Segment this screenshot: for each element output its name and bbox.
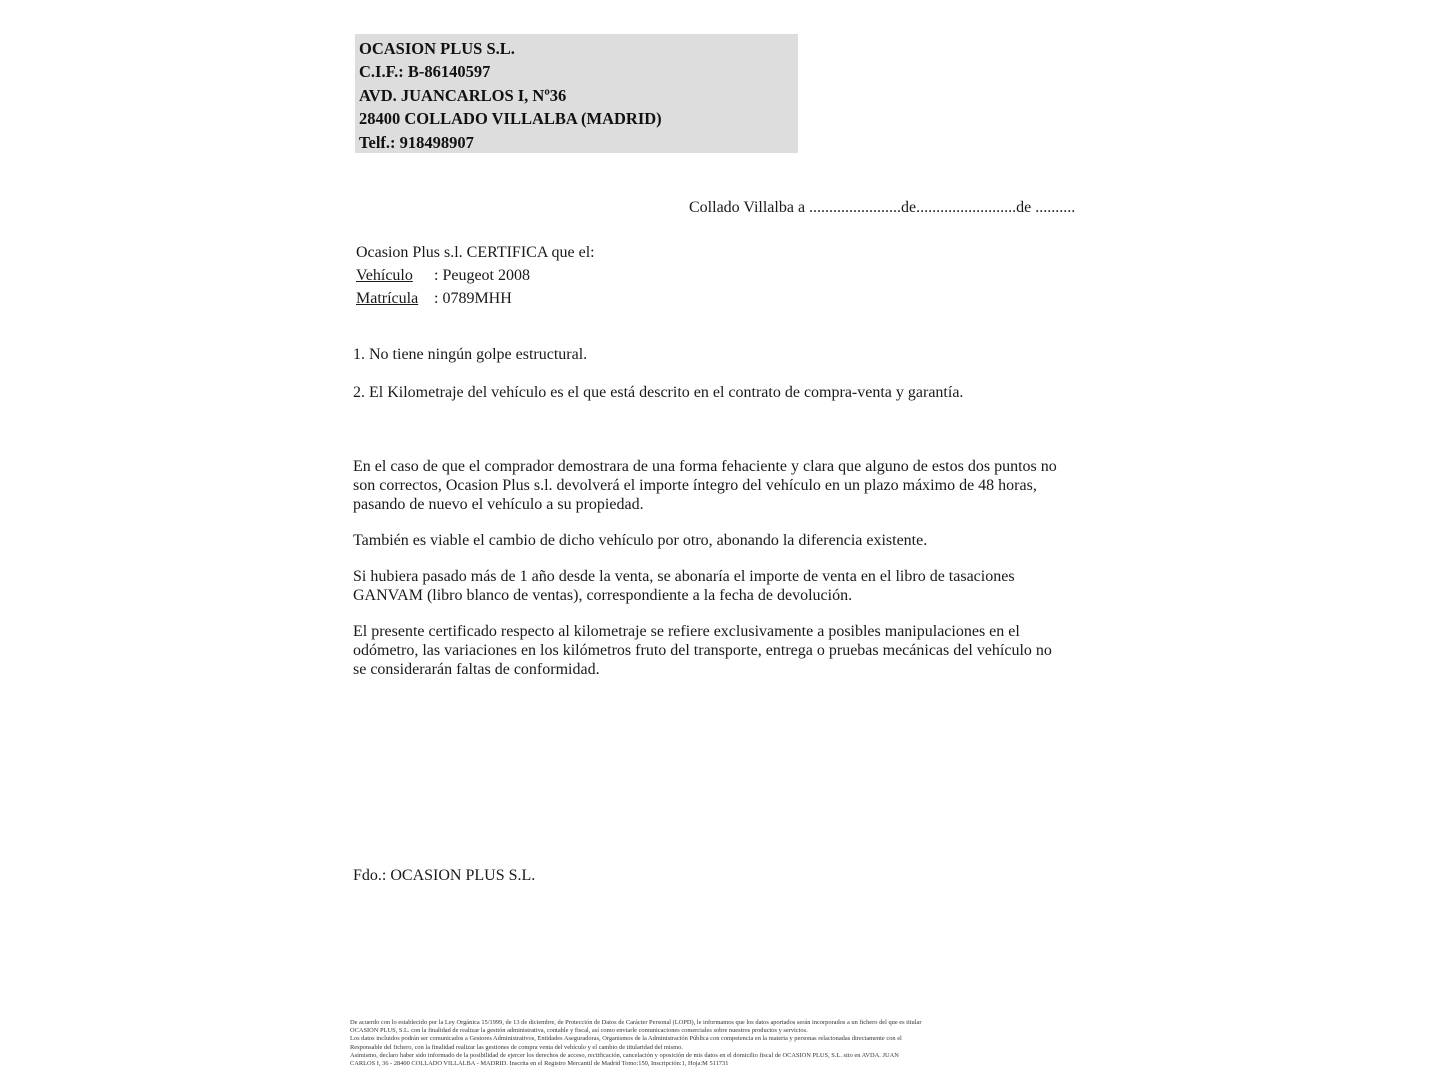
paragraph-line: También es viable el cambio de dicho veh… [353,531,1098,550]
paragraph-line: En el caso de que el comprador demostrar… [353,457,1098,476]
company-header: OCASION PLUS S.L. C.I.F.: B-86140597 AVD… [355,34,798,153]
exchange-paragraph: También es viable el cambio de dicho veh… [353,531,1098,550]
vehicle-field: Vehículo : Peugeot 2008 [356,264,595,287]
legal-line: De acuerdo con lo establecido por la Ley… [350,1019,1102,1027]
paragraph-line: pasando de nuevo el vehículo a su propie… [353,495,1098,514]
legal-line: Responsable del fichero, con la finalida… [350,1044,1102,1052]
plate-field: Matrícula : 0789MHH [356,287,595,310]
plate-label: Matrícula [356,287,434,310]
company-name: OCASION PLUS S.L. [359,37,798,60]
certification-intro: Ocasion Plus s.l. CERTIFICA que el: [356,241,595,264]
vehicle-value: : Peugeot 2008 [434,264,530,287]
legal-line: Asimismo, declaro haber sido informado d… [350,1052,1102,1060]
odometer-paragraph: El presente certificado respecto al kilo… [353,622,1098,679]
vehicle-label: Vehículo [356,264,434,287]
legal-notice: De acuerdo con lo establecido por la Ley… [350,1019,1102,1068]
date-line: Collado Villalba a .....................… [689,199,1075,217]
certified-points: 1. No tiene ningún golpe estructural. 2.… [353,345,1113,403]
point-item: 1. No tiene ningún golpe estructural. [353,345,1113,365]
paragraph-line: se considerarán faltas de conformidad. [353,660,1098,679]
plate-value: : 0789MHH [434,287,512,310]
company-address: AVD. JUANCARLOS I, Nº36 [359,84,798,107]
paragraph-line: El presente certificado respecto al kilo… [353,622,1098,641]
paragraph-line: odómetro, las variaciones en los kilómet… [353,641,1098,660]
legal-line: CARLOS I, 36 - 28400 COLLADO VILLALBA - … [350,1060,1102,1068]
company-cif: C.I.F.: B-86140597 [359,60,798,83]
paragraph-line: GANVAM (libro blanco de ventas), corresp… [353,586,1098,605]
refund-paragraph: En el caso de que el comprador demostrar… [353,457,1098,514]
paragraph-line: Si hubiera pasado más de 1 año desde la … [353,567,1098,586]
document-page: OCASION PLUS S.L. C.I.F.: B-86140597 AVD… [0,0,1440,1080]
company-city: 28400 COLLADO VILLALBA (MADRID) [359,107,798,130]
legal-line: OCASIÓN PLUS, S.L. con la finalidad de r… [350,1027,1102,1035]
legal-line: Los datos incluidos podrán ser comunicad… [350,1035,1102,1043]
paragraph-line: son correctos, Ocasion Plus s.l. devolve… [353,476,1098,495]
company-phone: Telf.: 918498907 [359,131,798,154]
certification-block: Ocasion Plus s.l. CERTIFICA que el: Vehí… [356,241,595,310]
terms-paragraphs: En el caso de que el comprador demostrar… [353,457,1098,696]
ganvam-paragraph: Si hubiera pasado más de 1 año desde la … [353,567,1098,605]
point-item: 2. El Kilometraje del vehículo es el que… [353,383,1113,403]
signature-line: Fdo.: OCASION PLUS S.L. [353,867,535,885]
